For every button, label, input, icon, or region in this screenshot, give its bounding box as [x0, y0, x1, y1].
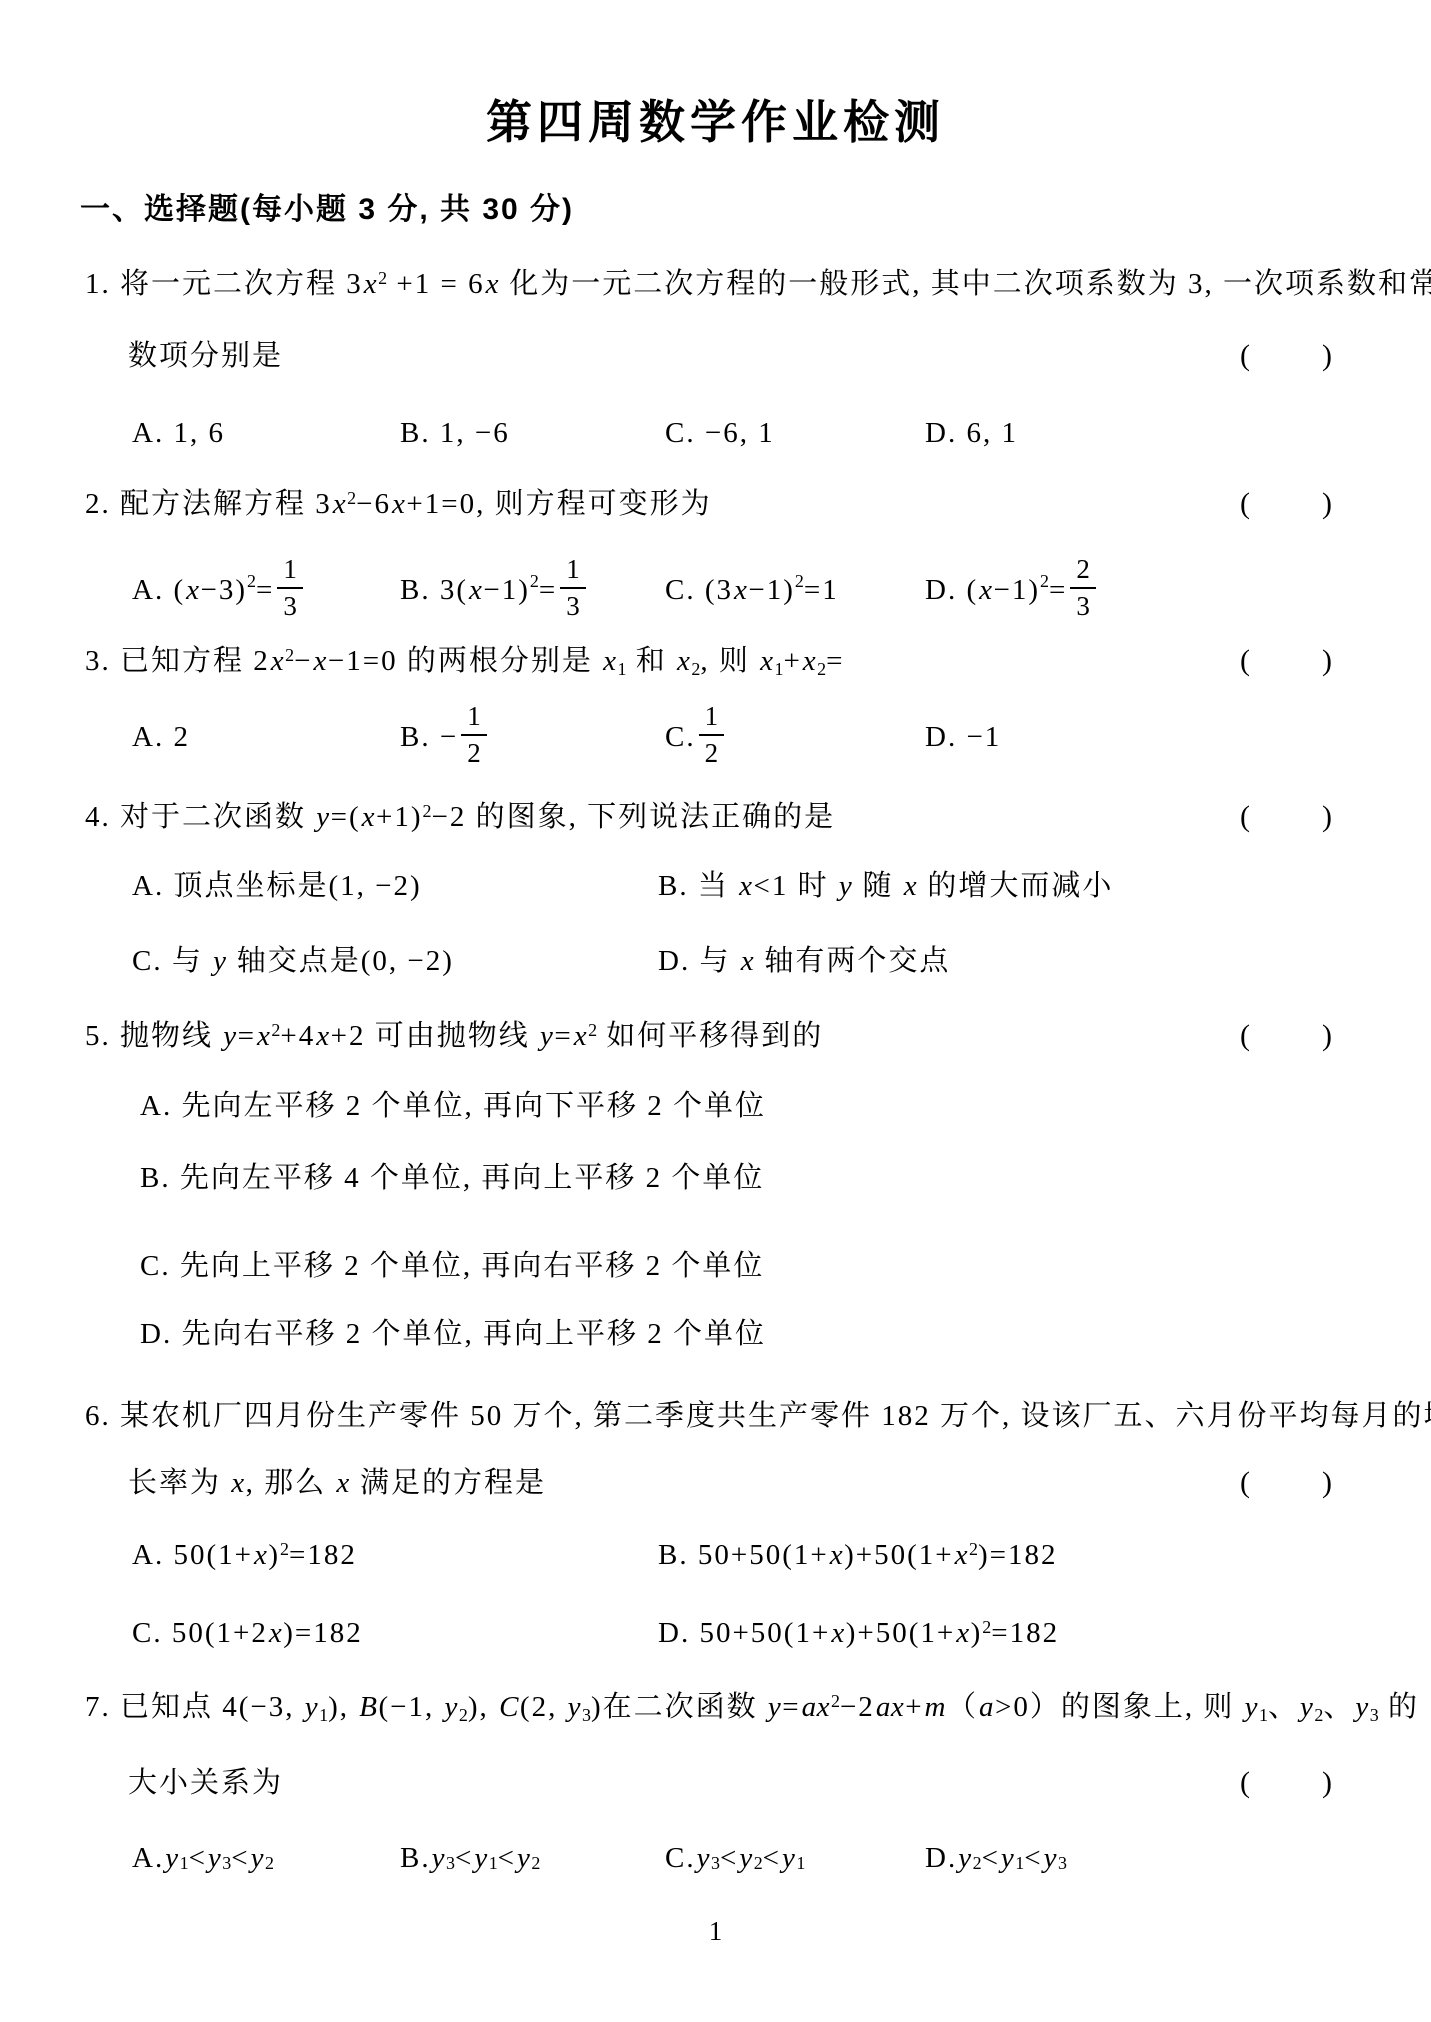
- option-c: C. 50(1+2x)=182: [132, 1616, 658, 1653]
- question-2-stem: 2. 配方法解方程 3x2−6x+1=0, 则方程可变形为: [85, 487, 712, 521]
- question-5-option-a: A. 先向左平移 2 个单位, 再向下平移 2 个单位: [140, 1089, 766, 1123]
- question-1-options: A. 1, 6 B. 1, −6 C. −6, 1 D. 6, 1: [0, 416, 1431, 450]
- bracket-open: (: [1240, 339, 1250, 373]
- option-a: A. 顶点坐标是(1, −2): [132, 869, 658, 903]
- question-7-stem-line-1: 7. 已知点 4(−3, y1), B(−1, y2), C(2, y3)在二次…: [85, 1690, 1419, 1724]
- option-d: D. (x−1)2=23: [925, 552, 1431, 628]
- question-6-stem-line-1: 6. 某农机厂四月份生产零件 50 万个, 第二季度共生产零件 182 万个, …: [85, 1399, 1431, 1433]
- answer-bracket: (): [1240, 800, 1332, 834]
- bracket-close: ): [1322, 800, 1332, 834]
- option-d: D. −1: [925, 699, 1431, 775]
- question-1-stem-line-2: 数项分别是: [128, 339, 283, 373]
- question-6-options-row-2: C. 50(1+2x)=182 D. 50+50(1+x)+50(1+x)2=1…: [0, 1616, 1431, 1650]
- answer-bracket: (): [1240, 1466, 1332, 1500]
- page-number: 1: [0, 1915, 1431, 1947]
- answer-bracket: (): [1240, 1019, 1332, 1053]
- question-6-options-row-1: A. 50(1+x)2=182 B. 50+50(1+x)+50(1+x2)=1…: [0, 1538, 1431, 1572]
- question-6-stem-line-2: 长率为 x, 那么 x 满足的方程是: [128, 1466, 546, 1500]
- question-1-stem-line-1: 1. 将一元二次方程 3x2 +1 = 6x 化为一元二次方程的一般形式, 其中…: [85, 267, 1431, 301]
- option-b: B. 当 x<1 时 y 随 x 的增大而减小: [658, 869, 1431, 903]
- bracket-open: (: [1240, 800, 1250, 834]
- option-d: D. y2<y1<y3: [925, 1841, 1431, 1875]
- question-5-option-d: D. 先向右平移 2 个单位, 再向上平移 2 个单位: [140, 1317, 766, 1351]
- option-a: A. 1, 6: [132, 416, 400, 450]
- option-c: C. (3x−1)2=1: [665, 552, 925, 628]
- bracket-close: ): [1322, 1466, 1332, 1500]
- question-5-option-c: C. 先向上平移 2 个单位, 再向右平移 2 个单位: [140, 1249, 764, 1283]
- page-title: 第四周数学作业检测: [0, 97, 1431, 149]
- bracket-close: ): [1322, 1766, 1332, 1800]
- option-b: B. 50+50(1+x)+50(1+x2)=182: [658, 1538, 1431, 1575]
- option-d: D. 与 x 轴有两个交点: [658, 944, 1431, 978]
- question-3-options: A. 2 B. −12 C. 12 D. −1: [0, 699, 1431, 775]
- answer-bracket: (): [1240, 644, 1332, 678]
- option-b: B. 3(x−1)2=13: [400, 552, 665, 628]
- bracket-open: (: [1240, 1019, 1250, 1053]
- bracket-open: (: [1240, 1466, 1250, 1500]
- question-4-options-row-1: A. 顶点坐标是(1, −2) B. 当 x<1 时 y 随 x 的增大而减小: [0, 869, 1431, 903]
- option-d: D. 50+50(1+x)+50(1+x)2=182: [658, 1616, 1431, 1653]
- option-c: C. 12: [665, 699, 925, 775]
- option-c: C. 与 y 轴交点是(0, −2): [132, 944, 658, 978]
- bracket-open: (: [1240, 644, 1250, 678]
- bracket-close: ): [1322, 644, 1332, 678]
- answer-bracket: (): [1240, 487, 1332, 521]
- option-c: C. y3<y2<y1: [665, 1841, 925, 1875]
- option-a: A. (x−3)2=13: [132, 552, 400, 628]
- option-a: A. 50(1+x)2=182: [132, 1538, 658, 1575]
- option-b: B. y3<y1<y2: [400, 1841, 665, 1875]
- question-4-stem: 4. 对于二次函数 y=(x+1)2−2 的图象, 下列说法正确的是: [85, 800, 835, 834]
- option-b: B. 1, −6: [400, 416, 665, 450]
- bracket-open: (: [1240, 487, 1250, 521]
- bracket-close: ): [1322, 339, 1332, 373]
- question-3-stem: 3. 已知方程 2x2−x−1=0 的两根分别是 x1 和 x2, 则 x1+x…: [85, 644, 845, 678]
- option-d: D. 6, 1: [925, 416, 1431, 450]
- question-4-options-row-2: C. 与 y 轴交点是(0, −2) D. 与 x 轴有两个交点: [0, 944, 1431, 978]
- question-2-options: A. (x−3)2=13 B. 3(x−1)2=13 C. (3x−1)2=1 …: [0, 552, 1431, 628]
- question-7-options: A. y1<y3<y2 B. y3<y1<y2 C. y3<y2<y1 D. y…: [0, 1841, 1431, 1875]
- option-a: A. 2: [132, 699, 400, 775]
- answer-bracket: (): [1240, 339, 1332, 373]
- answer-bracket: (): [1240, 1766, 1332, 1800]
- option-b: B. −12: [400, 699, 665, 775]
- question-5-stem: 5. 抛物线 y=x2+4x+2 可由抛物线 y=x2 如何平移得到的: [85, 1019, 823, 1053]
- bracket-close: ): [1322, 1019, 1332, 1053]
- question-5-option-b: B. 先向左平移 4 个单位, 再向上平移 2 个单位: [140, 1161, 764, 1195]
- section-heading: 一、选择题(每小题 3 分, 共 30 分): [80, 193, 574, 227]
- document-page: 第四周数学作业检测 一、选择题(每小题 3 分, 共 30 分) 1. 将一元二…: [0, 0, 1431, 2022]
- question-7-stem-line-2: 大小关系为: [128, 1766, 283, 1800]
- option-a: A. y1<y3<y2: [132, 1841, 400, 1875]
- bracket-close: ): [1322, 487, 1332, 521]
- option-c: C. −6, 1: [665, 416, 925, 450]
- bracket-open: (: [1240, 1766, 1250, 1800]
